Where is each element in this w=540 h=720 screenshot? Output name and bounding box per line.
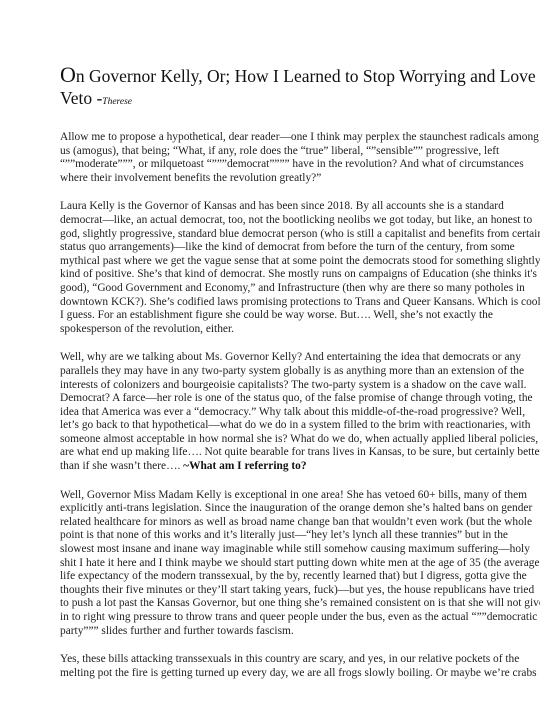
paragraph-line: kind of positive. She’s that kind of dem… bbox=[60, 268, 510, 282]
paragraph-line: life expectancy of the modern transsexua… bbox=[60, 570, 510, 584]
paragraph-line: melting pot the fire is getting turned u… bbox=[60, 667, 510, 681]
document-title: On Governor Kelly, Or; How I Learned to … bbox=[60, 64, 510, 113]
paragraph-line: status quo arrangements)—like the kind o… bbox=[60, 241, 510, 255]
paragraph-veto: Well, Governor Miss Madam Kelly is excep… bbox=[60, 489, 510, 639]
paragraph-line: Allow me to propose a hypothetical, dear… bbox=[60, 131, 510, 145]
bold-question: ~What am I referring to? bbox=[183, 460, 306, 472]
document-page: On Governor Kelly, Or; How I Learned to … bbox=[60, 64, 510, 695]
paragraph-line: I guess. For an establishment figure she… bbox=[60, 309, 510, 323]
paragraph-line: Yes, these bills attacking transsexuals … bbox=[60, 653, 510, 667]
paragraph-text: than if she wasn’t there…. bbox=[60, 460, 183, 472]
paragraph-line: mythical past where we get the vague sen… bbox=[60, 255, 510, 269]
paragraph-line: Well, Governor Miss Madam Kelly is excep… bbox=[60, 489, 510, 503]
paragraph-line: Well, why are we talking about Ms. Gover… bbox=[60, 351, 510, 365]
paragraph-laura-kelly: Laura Kelly is the Governor of Kansas an… bbox=[60, 200, 510, 336]
paragraph-line: slowest most insane and inane way imagin… bbox=[60, 543, 510, 557]
author-name: Therese bbox=[102, 97, 132, 107]
title-dropcap: O bbox=[60, 62, 76, 87]
paragraph-line: party””” slides further and further towa… bbox=[60, 625, 510, 639]
paragraph-line: Laura Kelly is the Governor of Kansas an… bbox=[60, 200, 510, 214]
paragraph-line: spokesperson of the revolution, either. bbox=[60, 323, 510, 337]
paragraph-bills: Yes, these bills attacking transsexuals … bbox=[60, 653, 510, 680]
paragraph-line: related healthcare for minors as well as… bbox=[60, 516, 510, 530]
paragraph-line: “””moderate”””, or milquetoast “”””democ… bbox=[60, 158, 510, 172]
paragraph-line: downtown KCK?). She’s codified laws prom… bbox=[60, 296, 510, 310]
paragraph-line: point is that none of this works and it’… bbox=[60, 529, 510, 543]
title-line-1: On Governor Kelly, Or; How I Learned to … bbox=[60, 64, 510, 87]
paragraph-line: are what end up making life…. Not quite … bbox=[60, 446, 510, 460]
paragraph-line: idea that America was ever a “democracy.… bbox=[60, 406, 510, 420]
paragraph-line: than if she wasn’t there…. ~What am I re… bbox=[60, 460, 510, 474]
paragraph-line: parallels they may have in any two-party… bbox=[60, 365, 510, 379]
paragraph-line: democrat—like, an actual democrat, too, … bbox=[60, 214, 510, 228]
paragraph-line: good), “Good Government and Economy,” an… bbox=[60, 282, 510, 296]
paragraph-line: us (amogus), that being; “What, if any, … bbox=[60, 145, 510, 159]
paragraph-why-talk: Well, why are we talking about Ms. Gover… bbox=[60, 351, 510, 473]
paragraph-line: where their involvement benefits the rev… bbox=[60, 172, 510, 186]
paragraph-line: someone almost acceptable in how normal … bbox=[60, 433, 510, 447]
paragraph-line: to push a lot past the Kansas Governor, … bbox=[60, 597, 510, 611]
paragraph-intro: Allow me to propose a hypothetical, dear… bbox=[60, 131, 510, 185]
paragraph-line: thoughts their five minutes or they’ll s… bbox=[60, 584, 510, 598]
title-line-2: Veto -Therese bbox=[60, 87, 510, 113]
author-separator: - bbox=[92, 88, 102, 108]
title-veto: Veto bbox=[60, 88, 92, 108]
paragraph-line: shit I hate it here and I think maybe we… bbox=[60, 557, 510, 571]
title-text: n Governor Kelly, Or; How I Learned to S… bbox=[76, 66, 540, 86]
paragraph-line: in to right wing pressure to throw trans… bbox=[60, 611, 510, 625]
paragraph-line: Democrat? A farce—her role is one of the… bbox=[60, 392, 510, 406]
paragraph-line: let’s go back to that hypothetical—what … bbox=[60, 419, 510, 433]
paragraph-line: god, slightly progressive, standard blue… bbox=[60, 228, 510, 242]
paragraph-line: interests of colonizers and bourgeoisie … bbox=[60, 379, 510, 393]
paragraph-line: explicitly anti-trans legislation. Since… bbox=[60, 502, 510, 516]
